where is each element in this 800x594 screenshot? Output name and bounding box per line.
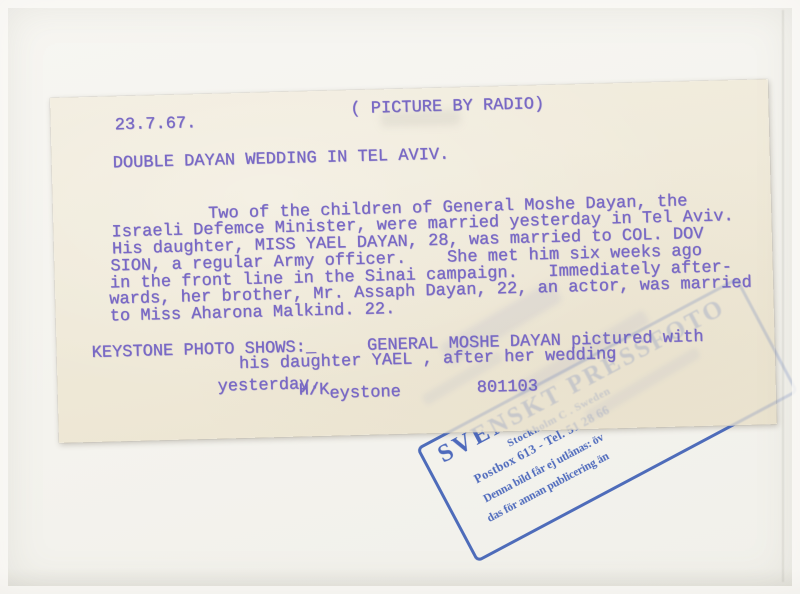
date-line: 23.7.67. [115,114,197,135]
stamp-notice-line-1: Denna bild får ej utlånas: öv [482,432,606,506]
agency-prefix: H/K [299,381,330,401]
stamp-notice-line-2: das för annan publicering än [485,450,611,524]
stamp-notice-line-1: Denna bild får ej utlånas: öv [482,432,606,506]
photo-number: 801103 [477,377,539,398]
photo-back: ( PICTURE BY RADIO) 23.7.67. DOUBLE DAYA… [0,0,800,594]
agency-suffix: eystone [329,383,401,404]
caption-sheet: ( PICTURE BY RADIO) 23.7.67. DOUBLE DAYA… [50,79,777,443]
paper-crease [782,10,784,582]
stamp-notice-line-2: das för annan publicering än [485,450,611,524]
headline: DOUBLE DAYAN WEDDING IN TEL AVIV. [112,146,449,174]
radio-note: ( PICTURE BY RADIO) [350,95,544,119]
agency-credit: H/Keystone [299,379,401,401]
paper-shading [0,568,800,594]
